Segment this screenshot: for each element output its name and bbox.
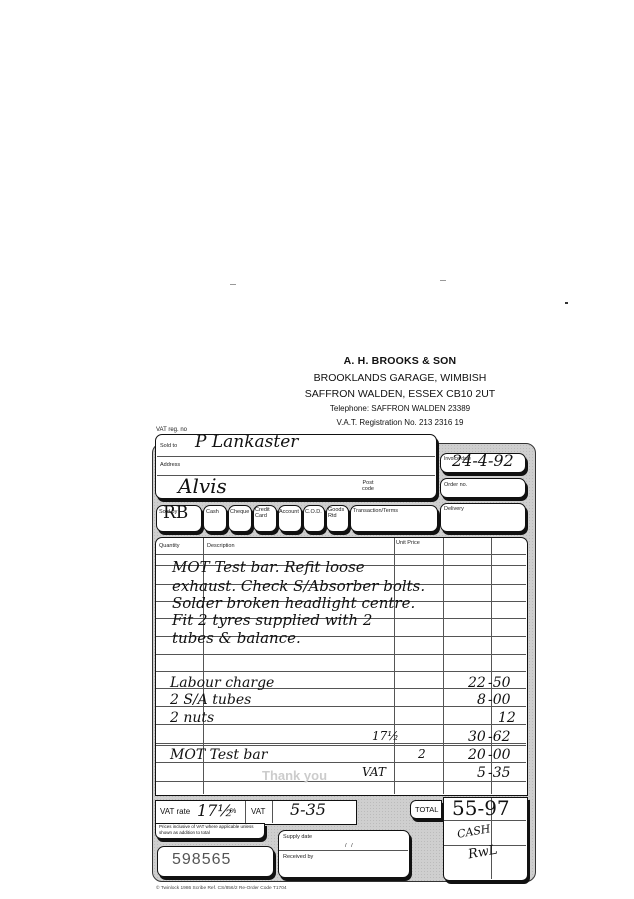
row-description: MOT Test bar (170, 747, 267, 763)
col-description: Description (207, 543, 235, 549)
row-pence: -62 (488, 729, 511, 745)
address-label: Address (160, 462, 180, 468)
payment-goods-returned-label: Goods Rtd (328, 507, 344, 519)
sold-to-value[interactable]: P Lankaster (195, 432, 298, 452)
vat-rate-label: VAT rate (160, 807, 190, 816)
supply-date-value[interactable]: / / (345, 843, 353, 849)
description-line: Solder broken headlight centre. (172, 594, 415, 612)
description-line: tubes & balance. (172, 629, 301, 647)
row-unit: VAT (362, 765, 386, 779)
row-pence: 12 (498, 710, 516, 726)
row-description: Labour charge (170, 675, 274, 691)
rule-line (156, 745, 526, 746)
supply-date-label: Supply date (283, 834, 312, 840)
rule-line (156, 781, 526, 782)
row-description: 2 nuts (170, 710, 214, 726)
thank-you-watermark: Thank you (262, 768, 327, 783)
row-pence: -35 (488, 765, 511, 781)
row-unit: 2 (418, 747, 426, 761)
company-name: A. H. BROOKS & SON (270, 355, 530, 367)
description-line: Fit 2 tyres supplied with 2 (172, 611, 372, 629)
description-line: MOT Test bar. Refit loose (172, 558, 365, 576)
invoice-number: 598565 (172, 851, 231, 869)
row-pence: -00 (488, 747, 511, 763)
order-no-label: Order no. (444, 482, 467, 488)
total-label: TOTAL (415, 805, 438, 814)
rule-line (156, 554, 526, 555)
divider (444, 820, 526, 821)
order-no-box (440, 478, 526, 498)
speck (440, 280, 446, 281)
vat-rate-value[interactable]: 17½ (197, 801, 233, 820)
divider (272, 801, 273, 823)
row-pence: -00 (488, 692, 511, 708)
vat-label: VAT (251, 807, 265, 816)
row-pounds: 20 (468, 747, 486, 763)
col-unit-price: Unit Price (396, 540, 420, 546)
col-divider (443, 538, 444, 794)
row-unit: 17½ (372, 729, 399, 743)
rule-line (156, 671, 526, 672)
speck (230, 284, 236, 285)
divider (157, 456, 435, 457)
row-description: 2 S/A tubes (170, 692, 251, 708)
vat-reg-label: VAT reg. no (156, 427, 187, 433)
description-line: exhaust. Check S/Absorber bolts. (172, 577, 425, 595)
payment-cheque-label: Cheque (230, 509, 249, 515)
speck (565, 302, 568, 304)
row-pence: -50 (488, 675, 511, 691)
delivery-label: Delivery (444, 506, 464, 512)
address-value[interactable]: Alvis (178, 474, 227, 498)
received-by-label: Received by (283, 854, 313, 860)
invoice-date-value[interactable]: 24-4-92 (452, 451, 514, 470)
vat-registration: V.A.T. Registration No. 213 2316 19 (270, 418, 530, 427)
company-telephone: Telephone: SAFFRON WALDEN 23389 (270, 404, 530, 413)
row-pounds: 22 (468, 675, 486, 691)
total-value[interactable]: 55-97 (452, 796, 510, 820)
payment-cod-label: C.O.D. (305, 509, 322, 515)
prices-note: Prices inclusive of VAT where applicable… (159, 824, 263, 835)
row-pounds: 5 (477, 765, 486, 781)
payment-account-label: Account (279, 509, 299, 515)
payment-cash-label: Cash (206, 509, 219, 515)
company-address-2: SAFFRON WALDEN, ESSEX CB10 2UT (270, 388, 530, 400)
payment-credit-card-label: Credit Card (255, 507, 273, 519)
transaction-terms-label: Transaction/Terms (353, 508, 398, 514)
row-pounds: 30 (468, 729, 486, 745)
post-code-label: Post code (358, 480, 378, 492)
sold-to-label: Sold to (160, 443, 177, 449)
salesman-value[interactable]: RB (163, 503, 188, 523)
footer-note: © Twinlock 1986 Scribe Ref. CS/856/2 Re-… (156, 886, 287, 891)
divider (245, 801, 246, 823)
vat-value[interactable]: 5-35 (290, 800, 326, 819)
company-address-1: BROOKLANDS GARAGE, WIMBISH (270, 372, 530, 384)
row-pounds: 8 (477, 692, 486, 708)
rule-line (156, 654, 526, 655)
divider (279, 850, 408, 851)
vat-rate-suffix: % (230, 808, 236, 815)
col-quantity: Quantity (159, 543, 179, 549)
